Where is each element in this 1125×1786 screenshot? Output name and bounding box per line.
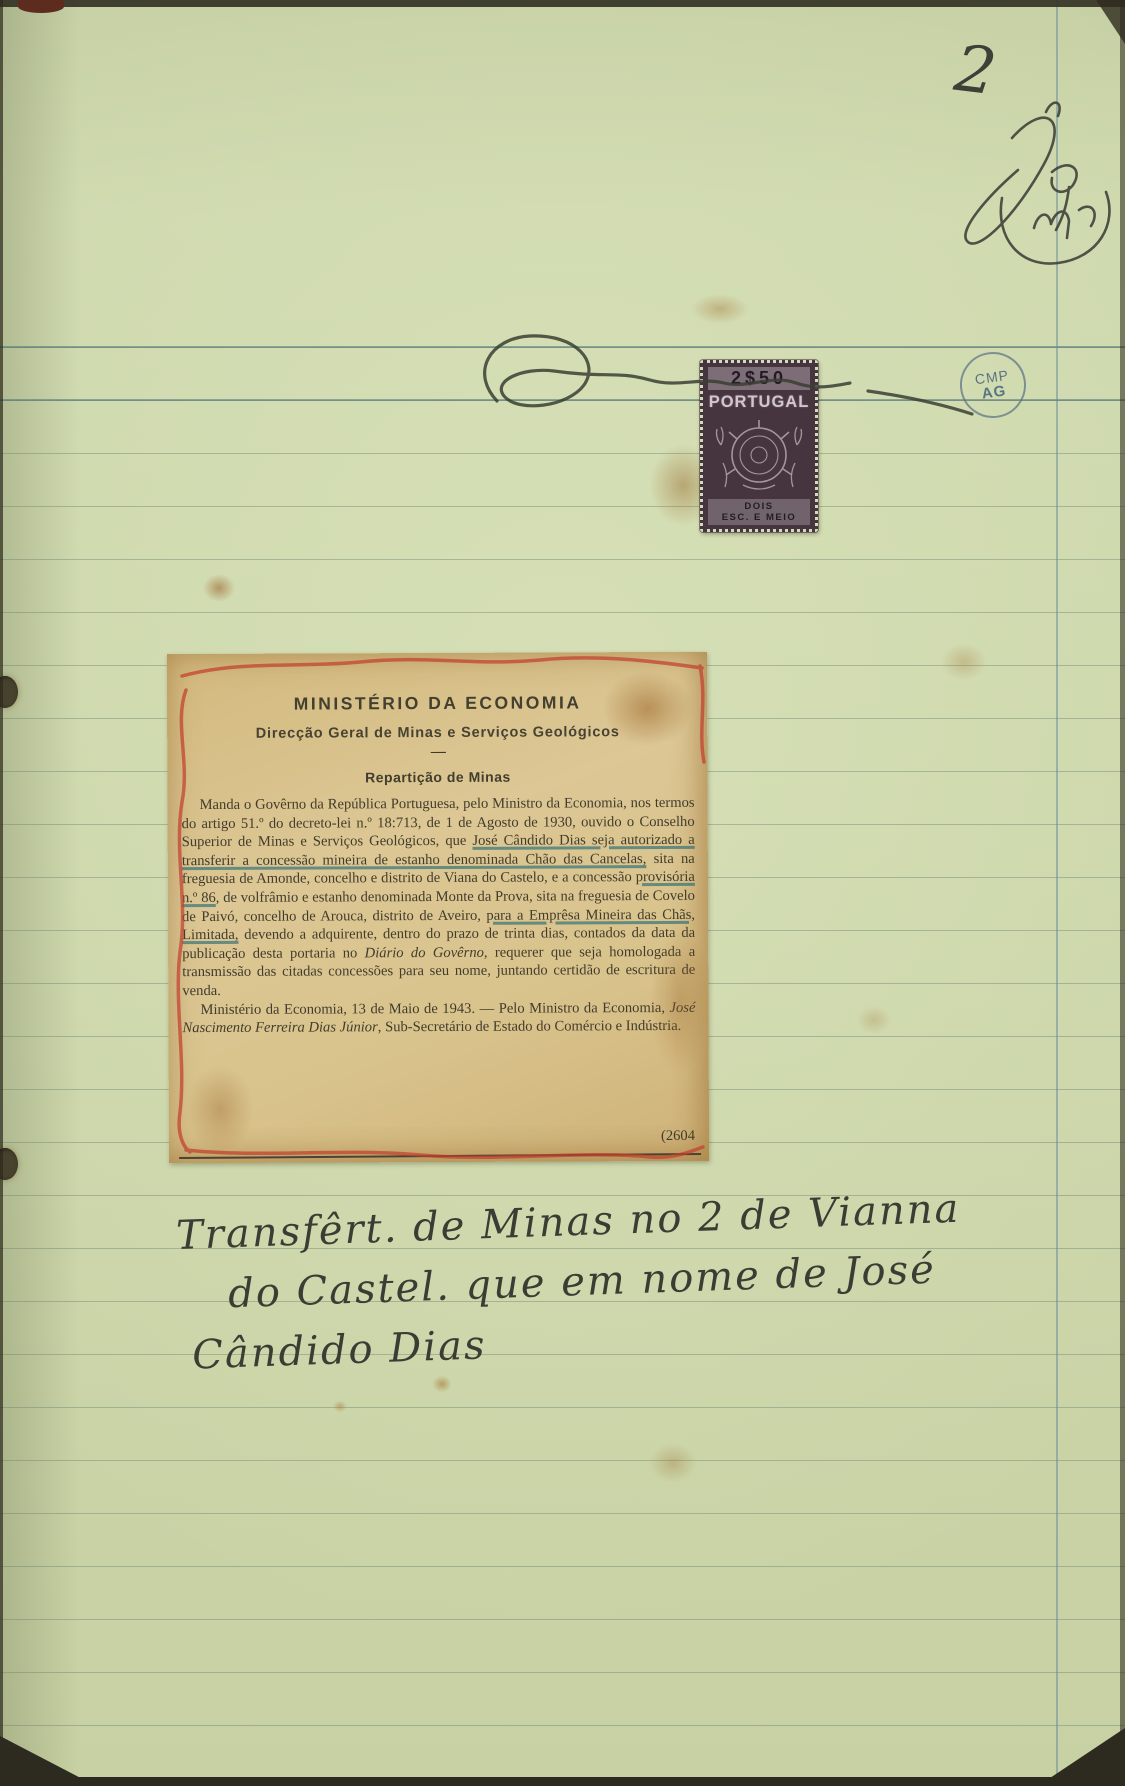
clipping-bottom-rule [179,1153,701,1159]
scan-edge-right [1120,0,1125,1786]
clipping-divider: — [181,743,694,762]
scan-edge-bottom [0,1777,1125,1786]
vertical-margin-line [1056,0,1058,1786]
ruled-line-strong-2 [0,399,1125,401]
handwritten-note: Transfêrt. de Minas no 2 de Vianna do Ca… [147,1177,1013,1387]
round-stamp-line2: AG [981,382,1008,402]
stamp-value: 2$50 [708,367,810,390]
stamp-coat-of-arms [703,412,815,499]
clipping-directorate: Direcção Geral de Minas e Serviços Geoló… [181,724,694,742]
newspaper-clipping: MINISTÉRIO DA ECONOMIA Direcção Geral de… [167,652,709,1163]
paper-stain [680,288,760,330]
clipping-print-ref: (2604 [661,1128,695,1145]
ruled-line-strong-1 [0,346,1125,348]
clipping-section-title: Repartição de Minas [181,768,694,786]
fiscal-revenue-stamp: 2$50 PORTUGAL DOIS ESC. E MEIO [700,360,818,532]
monogram-rubric [965,103,1109,264]
stamp-denomination: DOIS ESC. E MEIO [708,499,810,525]
scan-corner-mark [18,0,64,13]
clipping-ministry-title: MINISTÉRIO DA ECONOMIA [181,692,694,715]
clipping-closing-paragraph: Ministério da Economia, 13 de Maio de 19… [182,998,695,1037]
stamp-country: PORTUGAL [703,393,815,412]
handwritten-page-number: 2 [951,32,1000,110]
scan-edge-top [0,0,1125,7]
clipping-body-paragraph: Manda o Govêrno da República Portuguesa,… [182,794,696,1001]
scan-edge-left [0,0,3,1786]
scanned-document-page: 2 MINISTÉRIO DA ECONOMIA Direcção Geral … [0,0,1125,1786]
